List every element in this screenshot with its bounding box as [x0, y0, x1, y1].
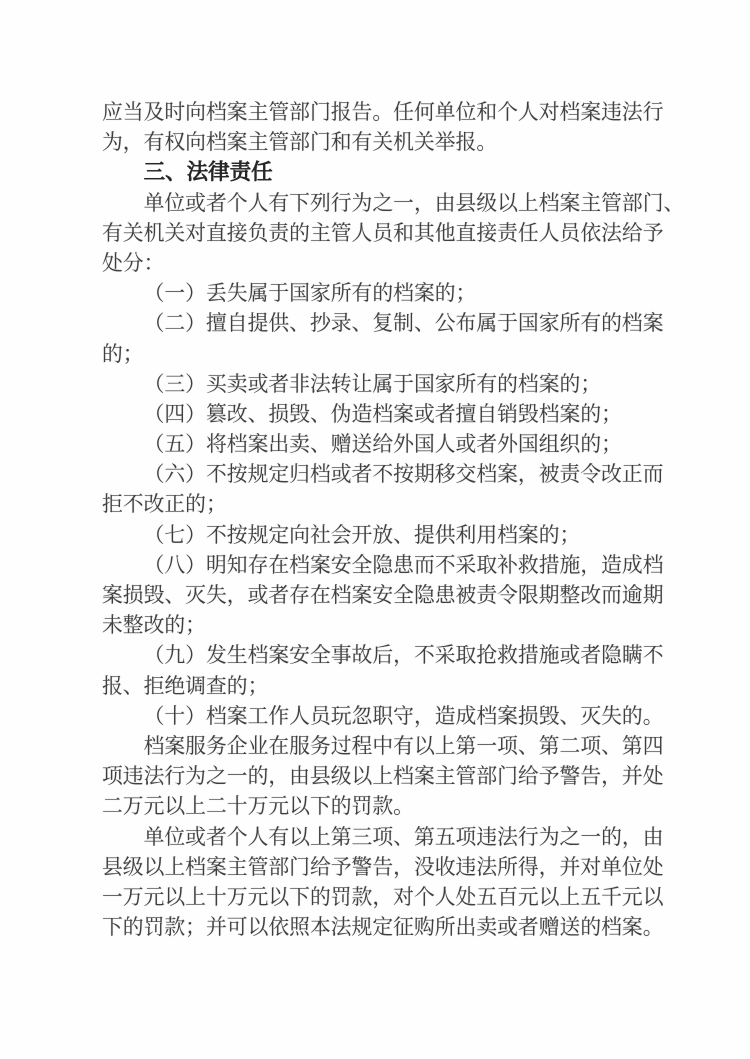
- text-line: （六）不按规定归档或者不按期移交档案，被责令改正而: [102, 460, 702, 490]
- text-line: 未整改的；: [102, 611, 702, 641]
- text-line: （十）档案工作人员玩忽职守，造成档案损毁、灭失的。: [102, 702, 702, 732]
- text-line: （三）买卖或者非法转让属于国家所有的档案的；: [102, 370, 702, 400]
- text-line: 处分：: [102, 249, 702, 279]
- text-line: 单位或者个人有以上第三项、第五项违法行为之一的，由: [102, 823, 702, 853]
- text-line: （一）丢失属于国家所有的档案的；: [102, 279, 702, 309]
- text-line: 一万元以上十万元以下的罚款，对个人处五百元以上五千元以: [102, 883, 702, 913]
- text-line: 项违法行为之一的，由县级以上档案主管部门给予警告，并处: [102, 762, 702, 792]
- text-line: 的；: [102, 340, 702, 370]
- text-line: （四）篡改、损毁、伪造档案或者擅自销毁档案的；: [102, 400, 702, 430]
- text-line: 为，有权向档案主管部门和有关机关举报。: [102, 128, 702, 158]
- text-line: 档案服务企业在服务过程中有以上第一项、第二项、第四: [102, 732, 702, 762]
- text-line: 拒不改正的；: [102, 490, 702, 520]
- text-line: （七）不按规定向社会开放、提供利用档案的；: [102, 521, 702, 551]
- text-line: 单位或者个人有下列行为之一，由县级以上档案主管部门、: [102, 189, 702, 219]
- text-line: （八）明知存在档案安全隐患而不采取补救措施，造成档: [102, 551, 702, 581]
- text-line: （二）擅自提供、抄录、复制、公布属于国家所有的档案: [102, 309, 702, 339]
- text-line: 二万元以上二十万元以下的罚款。: [102, 792, 702, 822]
- text-line: 案损毁、灭失，或者存在档案安全隐患被责令限期整改而逾期: [102, 581, 702, 611]
- text-line: （五）将档案出卖、赠送给外国人或者外国组织的；: [102, 430, 702, 460]
- text-line: 下的罚款；并可以依照本法规定征购所出卖或者赠送的档案。: [102, 913, 702, 943]
- text-line: 应当及时向档案主管部门报告。任何单位和个人对档案违法行: [102, 98, 702, 128]
- text-line: 有关机关对直接负责的主管人员和其他直接责任人员依法给予: [102, 219, 702, 249]
- text-line: 报、拒绝调查的；: [102, 672, 702, 702]
- text-line: （九）发生档案安全事故后，不采取抢救措施或者隐瞒不: [102, 641, 702, 671]
- document-body: 应当及时向档案主管部门报告。任何单位和个人对档案违法行为，有权向档案主管部门和有…: [102, 98, 702, 943]
- text-line: 县级以上档案主管部门给予警告，没收违法所得，并对单位处: [102, 853, 702, 883]
- document-page: 应当及时向档案主管部门报告。任何单位和个人对档案违法行为，有权向档案主管部门和有…: [0, 0, 750, 1059]
- section-heading: 三、法律责任: [102, 158, 702, 188]
